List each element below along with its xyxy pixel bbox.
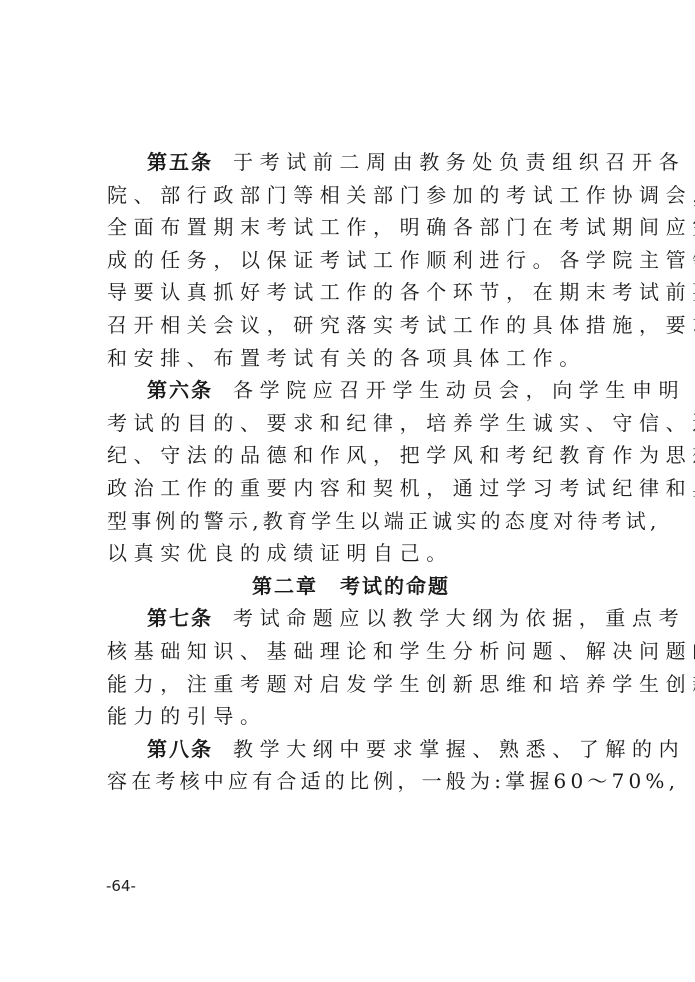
paragraph-line: 院、部行政部门等相关部门参加的考试工作协调会，	[107, 179, 595, 212]
article-8-line-1: 第八条教学大纲中要求掌握、熟悉、了解的内	[107, 733, 595, 766]
chapter-heading: 第二章 考试的命题	[107, 570, 595, 603]
paragraph-line: 核基础知识、基础理论和学生分析问题、解决问题的	[107, 635, 595, 668]
article-6-line-1: 第六条各学院应召开学生动员会，向学生申明	[107, 374, 595, 407]
article-5-label: 第五条	[147, 150, 213, 174]
paragraph-line: 和安排、布置考试有关的各项具体工作。	[107, 342, 595, 375]
article-6-label: 第六条	[147, 378, 213, 402]
page-number: -64-	[106, 877, 136, 895]
article-8-text: 教学大纲中要求掌握、熟悉、了解的内	[233, 737, 685, 761]
article-7-line-1: 第七条考试命题应以教学大纲为依据，重点考	[107, 602, 595, 635]
document-page: 第五条于考试前二周由教务处负责组织召开各 院、部行政部门等相关部门参加的考试工作…	[0, 0, 695, 982]
article-8-label: 第八条	[147, 737, 213, 761]
paragraph-line: 成的任务，以保证考试工作顺利进行。各学院主管领	[107, 244, 595, 277]
article-6-text: 各学院应召开学生动员会，向学生申明	[233, 378, 685, 402]
paragraph-line: 导要认真抓好考试工作的各个环节，在期末考试前要	[107, 276, 595, 309]
article-7-label: 第七条	[147, 606, 213, 630]
paragraph-line: 能力的引导。	[107, 700, 595, 733]
paragraph-line: 以真实优良的成绩证明自己。	[107, 537, 595, 570]
paragraph-line: 纪、守法的品德和作风，把学风和考纪教育作为思想	[107, 439, 595, 472]
page-body: 第五条于考试前二周由教务处负责组织召开各 院、部行政部门等相关部门参加的考试工作…	[107, 146, 595, 798]
paragraph-line: 全面布置期末考试工作，明确各部门在考试期间应完	[107, 211, 595, 244]
paragraph-line: 考试的目的、要求和纪律，培养学生诚实、守信、遵	[107, 407, 595, 440]
paragraph-line: 容在考核中应有合适的比例，一般为:掌握60～70%,	[107, 765, 595, 798]
paragraph-line: 召开相关会议，研究落实考试工作的具体措施，要求	[107, 309, 595, 342]
article-7-text: 考试命题应以教学大纲为依据，重点考	[233, 606, 685, 630]
paragraph-line: 政治工作的重要内容和契机，通过学习考试纪律和典	[107, 472, 595, 505]
article-5-line-1: 第五条于考试前二周由教务处负责组织召开各	[107, 146, 595, 179]
paragraph-line: 能力，注重考题对启发学生创新思维和培养学生创新	[107, 668, 595, 701]
paragraph-line: 型事例的警示,教育学生以端正诚实的态度对待考试,	[107, 505, 595, 538]
article-5-text: 于考试前二周由教务处负责组织召开各	[233, 150, 685, 174]
